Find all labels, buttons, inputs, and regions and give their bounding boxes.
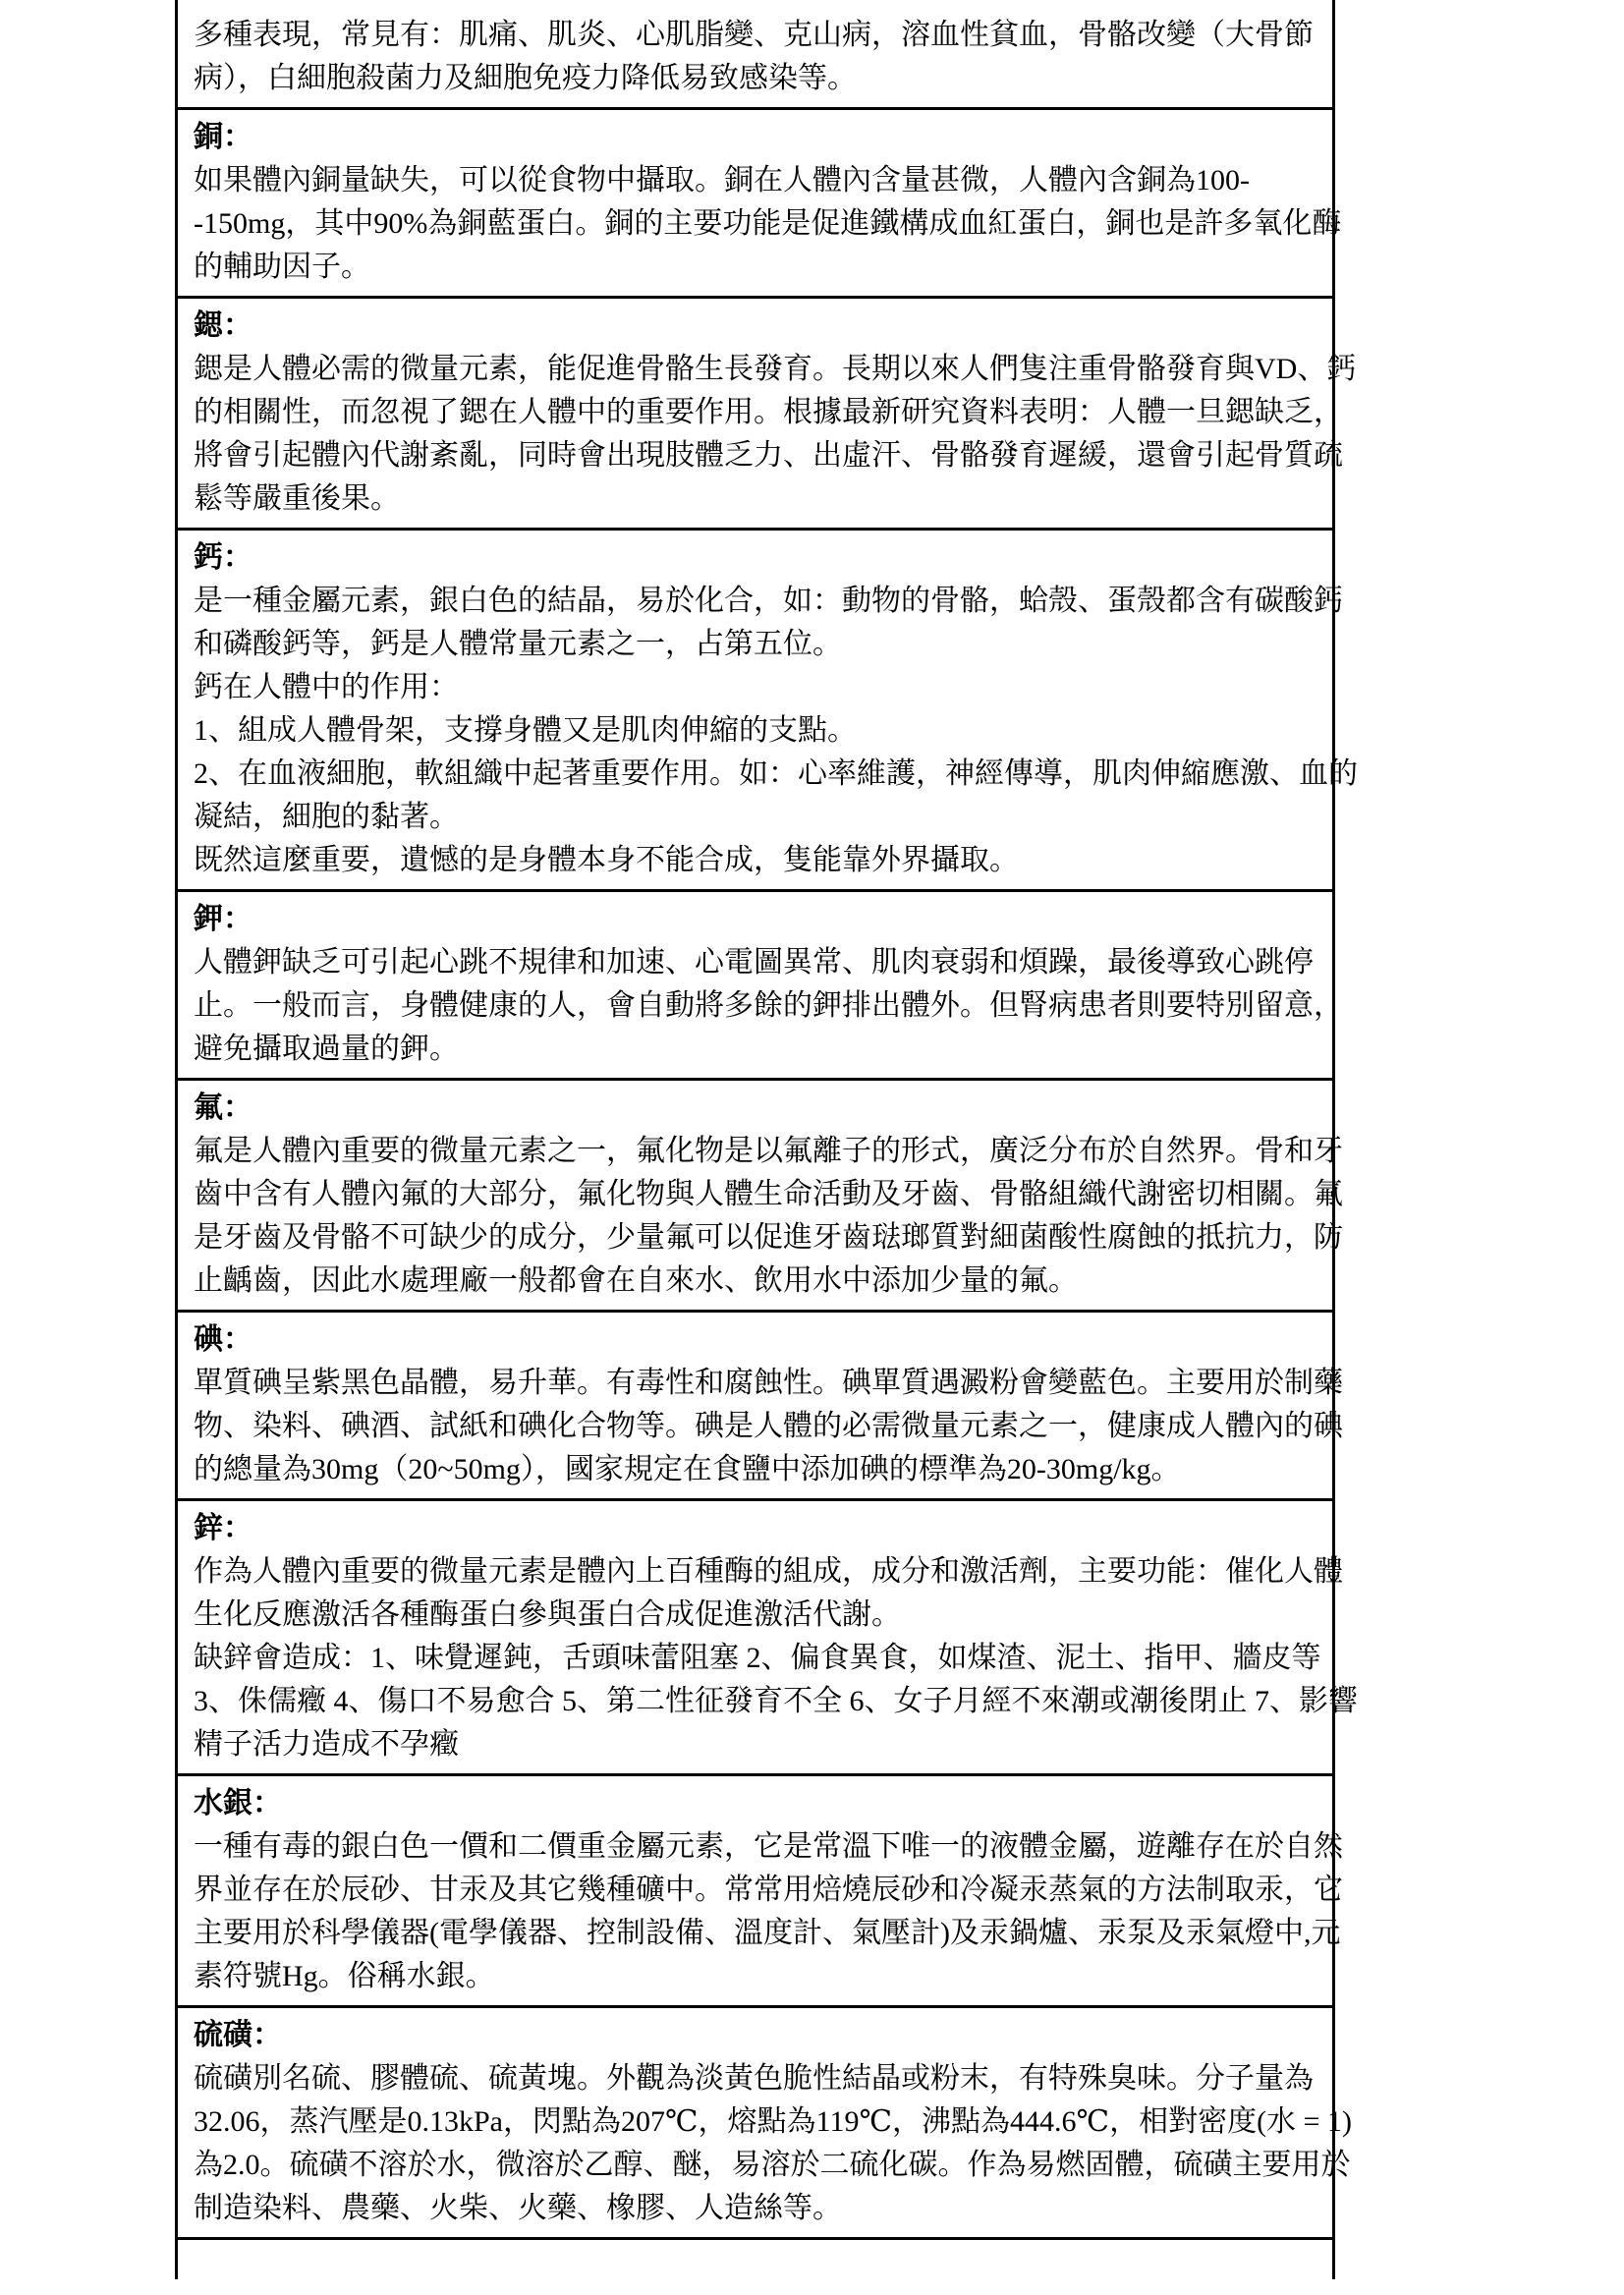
text-line: 止。一般而言，身體健康的人，會自動將多餘的鉀排出體外。但腎病患者則要特別留意， bbox=[194, 984, 1316, 1028]
table-row-intro-tail: 多種表現，常見有：肌痛、肌炎、心肌脂變、克山病，溶血性貧血，骨骼改變（大骨節 病… bbox=[178, 0, 1332, 110]
text-line: 和磷酸鈣等，鈣是人體常量元素之一，占第五位。 bbox=[194, 623, 1316, 666]
section-title: 鋅： bbox=[194, 1507, 1316, 1550]
text-line: 2、在血液細胞，軟組織中起著重要作用。如：心率維護，神經傳導，肌肉伸縮應激、血的 bbox=[194, 753, 1316, 796]
text-line: 將會引起體內代謝紊亂，同時會出現肢體乏力、出虛汗、骨骼發育遲緩，還會引起骨質疏 bbox=[194, 434, 1316, 477]
text-line: 氟是人體內重要的微量元素之一，氟化物是以氟離子的形式，廣泛分布於自然界。骨和牙 bbox=[194, 1130, 1316, 1173]
table-row-strontium: 鍶： 鍶是人體必需的微量元素，能促進骨骼生長發育。長期以來人們隻注重骨骼發育與V… bbox=[178, 299, 1332, 531]
table-row-copper: 銅： 如果體內銅量缺失，可以從食物中攝取。銅在人體內含量甚微，人體內含銅為100… bbox=[178, 110, 1332, 299]
text-line: 人體鉀缺乏可引起心跳不規律和加速、心電圖異常、肌肉衰弱和煩躁，最後導致心跳停 bbox=[194, 941, 1316, 984]
text-line: -150mg，其中90%為銅藍蛋白。銅的主要功能是促進鐵構成血紅蛋白，銅也是許多… bbox=[194, 202, 1316, 246]
section-title: 硫磺： bbox=[194, 2014, 1316, 2057]
section-title: 鉀： bbox=[194, 898, 1316, 941]
text-line: 單質碘呈紫黑色晶體，易升華。有毒性和腐蝕性。碘單質遇澱粉會變藍色。主要用於制藥 bbox=[194, 1362, 1316, 1405]
text-line: 止齲齒，因此水處理廠一般都會在自來水、飲用水中添加少量的氟。 bbox=[194, 1259, 1316, 1303]
elements-table: 多種表現，常見有：肌痛、肌炎、心肌脂變、克山病，溶血性貧血，骨骼改變（大骨節 病… bbox=[175, 0, 1335, 2279]
section-title: 銅： bbox=[194, 116, 1316, 159]
text-line: 避免攝取過量的鉀。 bbox=[194, 1028, 1316, 1071]
text-line: 病），白細胞殺菌力及細胞免疫力降低易致感染等。 bbox=[194, 57, 1316, 100]
text-line: 既然這麼重要，遺憾的是身體本身不能合成，隻能靠外界攝取。 bbox=[194, 839, 1316, 882]
text-line: 1、組成人體骨架，支撐身體又是肌肉伸縮的支點。 bbox=[194, 709, 1316, 753]
text-line: 齒中含有人體內氟的大部分，氟化物與人體生命活動及牙齒、骨骼組織代謝密切相關。氟 bbox=[194, 1173, 1316, 1216]
text-line: 如果體內銅量缺失，可以從食物中攝取。銅在人體內含量甚微，人體內含銅為100- bbox=[194, 159, 1316, 202]
table-row-zinc: 鋅： 作為人體內重要的微量元素是體內上百種酶的組成，成分和激活劑，主要功能：催化… bbox=[178, 1501, 1332, 1776]
text-line: 32.06，蒸汽壓是0.13kPa，閃點為207℃，熔點為119℃，沸點為444… bbox=[194, 2100, 1316, 2144]
table-row-mercury: 水銀： 一種有毒的銀白色一價和二價重金屬元素，它是常溫下唯一的液體金屬，遊離存在… bbox=[178, 1776, 1332, 2008]
text-line: 是牙齒及骨骼不可缺少的成分，少量氟可以促進牙齒琺瑯質對細菌酸性腐蝕的抵抗力，防 bbox=[194, 1216, 1316, 1259]
text-line: 主要用於科學儀器(電學儀器、控制設備、溫度計、氣壓計)及汞鍋爐、汞泵及汞氣燈中,… bbox=[194, 1912, 1316, 1955]
table-row-fluorine: 氟： 氟是人體內重要的微量元素之一，氟化物是以氟離子的形式，廣泛分布於自然界。骨… bbox=[178, 1081, 1332, 1313]
text-line: 為2.0。硫磺不溶於水，微溶於乙醇、醚，易溶於二硫化碳。作為易燃固體，硫磺主要用… bbox=[194, 2144, 1316, 2187]
table-row-sulfur: 硫磺： 硫磺別名硫、膠體硫、硫黃塊。外觀為淡黃色脆性結晶或粉末，有特殊臭味。分子… bbox=[178, 2008, 1332, 2240]
text-line: 鬆等嚴重後果。 bbox=[194, 477, 1316, 521]
text-line: 的相關性，而忽視了鍶在人體中的重要作用。根據最新研究資料表明：人體一旦鍶缺乏， bbox=[194, 391, 1316, 434]
text-line: 生化反應激活各種酶蛋白參與蛋白合成促進激活代謝。 bbox=[194, 1594, 1316, 1637]
table-row-iodine: 碘： 單質碘呈紫黑色晶體，易升華。有毒性和腐蝕性。碘單質遇澱粉會變藍色。主要用於… bbox=[178, 1313, 1332, 1501]
text-line: 素符號Hg。俗稱水銀。 bbox=[194, 1955, 1316, 1998]
text-line: 缺鋅會造成：1、味覺遲鈍，舌頭味蕾阻塞 2、偏食異食，如煤渣、泥土、指甲、牆皮等 bbox=[194, 1637, 1316, 1680]
text-line: 多種表現，常見有：肌痛、肌炎、心肌脂變、克山病，溶血性貧血，骨骼改變（大骨節 bbox=[194, 14, 1316, 57]
text-line: 3、侏儒癥 4、傷口不易愈合 5、第二性征發育不全 6、女子月經不來潮或潮後閉止… bbox=[194, 1680, 1316, 1723]
section-title: 水銀： bbox=[194, 1782, 1316, 1825]
text-line: 鍶是人體必需的微量元素，能促進骨骼生長發育。長期以來人們隻注重骨骼發育與VD、鈣 bbox=[194, 348, 1316, 391]
text-line: 精子活力造成不孕癥 bbox=[194, 1723, 1316, 1766]
table-row-calcium: 鈣： 是一種金屬元素，銀白色的結晶，易於化合，如：動物的骨骼，蛤殼、蛋殼都含有碳… bbox=[178, 531, 1332, 892]
text-line: 的總量為30mg（20~50mg），國家規定在食鹽中添加碘的標準為20-30mg… bbox=[194, 1448, 1316, 1491]
table-row-potassium: 鉀： 人體鉀缺乏可引起心跳不規律和加速、心電圖異常、肌肉衰弱和煩躁，最後導致心跳… bbox=[178, 892, 1332, 1081]
section-title: 碘： bbox=[194, 1318, 1316, 1362]
text-line: 物、染料、碘酒、試紙和碘化合物等。碘是人體的必需微量元素之一，健康成人體內的碘 bbox=[194, 1405, 1316, 1448]
section-title: 鈣： bbox=[194, 536, 1316, 580]
text-line: 凝結，細胞的黏著。 bbox=[194, 796, 1316, 839]
text-line: 一種有毒的銀白色一價和二價重金屬元素，它是常溫下唯一的液體金屬，遊離存在於自然 bbox=[194, 1825, 1316, 1869]
text-line: 硫磺別名硫、膠體硫、硫黃塊。外觀為淡黃色脆性結晶或粉末，有特殊臭味。分子量為 bbox=[194, 2057, 1316, 2100]
table-row-next-partial bbox=[178, 2240, 1332, 2279]
section-title: 氟： bbox=[194, 1087, 1316, 1130]
section-title: 鍶： bbox=[194, 305, 1316, 348]
text-line: 的輔助因子。 bbox=[194, 246, 1316, 289]
text-line: 制造染料、農藥、火柴、火藥、橡膠、人造絲等。 bbox=[194, 2187, 1316, 2230]
text-line: 鈣在人體中的作用： bbox=[194, 666, 1316, 709]
text-line: 作為人體內重要的微量元素是體內上百種酶的組成，成分和激活劑，主要功能：催化人體 bbox=[194, 1550, 1316, 1594]
text-line: 是一種金屬元素，銀白色的結晶，易於化合，如：動物的骨骼，蛤殼、蛋殼都含有碳酸鈣 bbox=[194, 580, 1316, 623]
text-line: 界並存在於辰砂、甘汞及其它幾種礦中。常常用焙燒辰砂和冷凝汞蒸氣的方法制取汞，它 bbox=[194, 1869, 1316, 1912]
